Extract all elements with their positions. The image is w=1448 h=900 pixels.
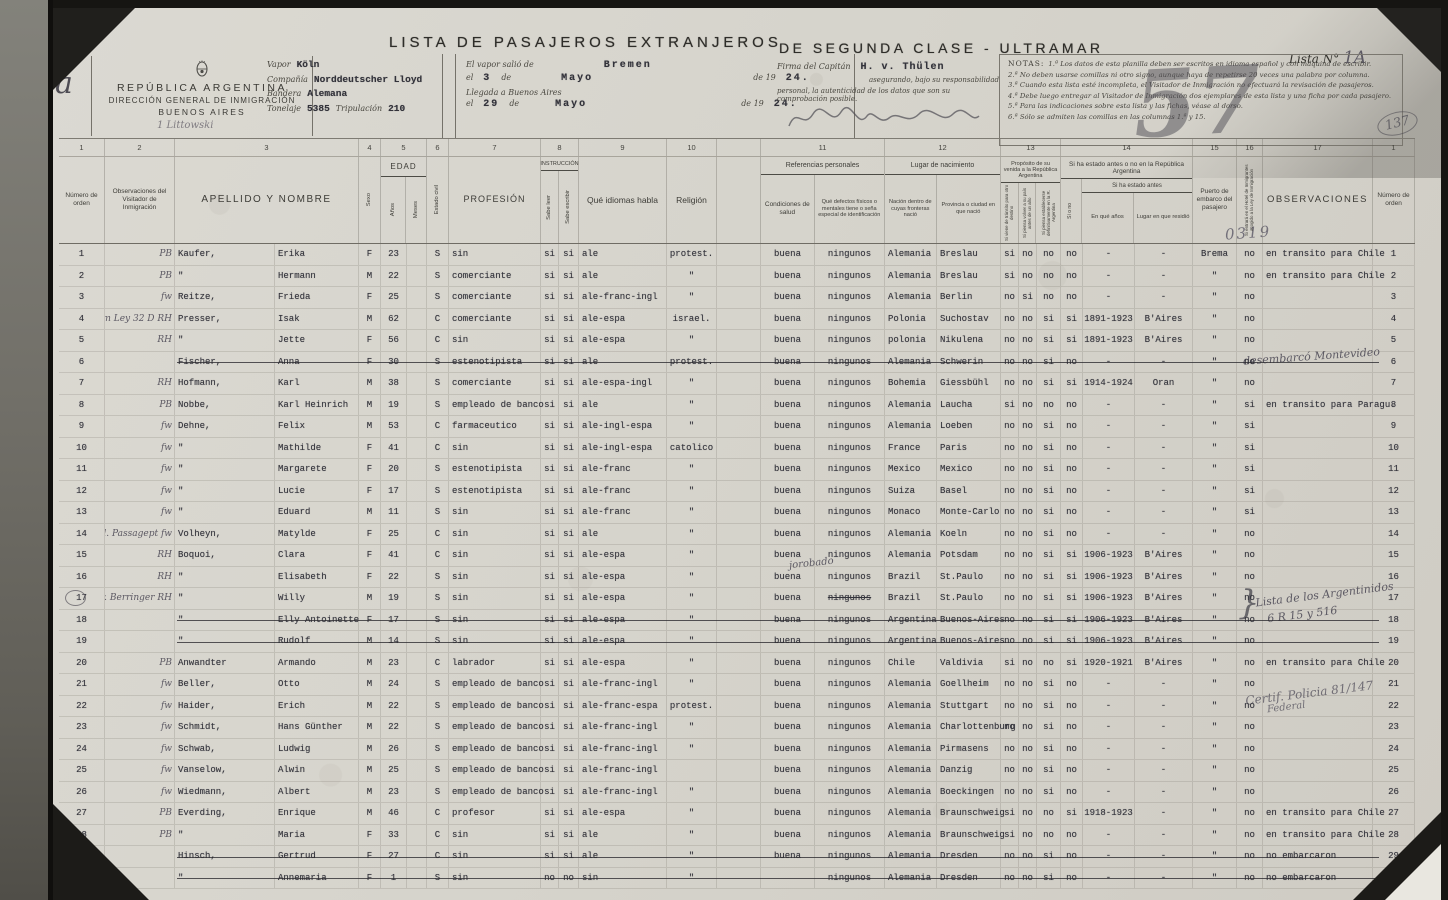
cell-p2: no (1019, 244, 1037, 265)
cell-rel: " (667, 502, 717, 523)
cell-p1: no (1001, 610, 1019, 631)
cell-ea: si (1061, 373, 1083, 394)
cell-hot: no (1237, 803, 1263, 824)
header-referencias-group: Referencias personales Condiciones de sa… (761, 157, 885, 243)
cell-prov: Berlin (937, 287, 1001, 308)
cell-ec: S (427, 717, 449, 738)
cell-pto: " (1193, 330, 1237, 351)
cell-me (407, 502, 427, 523)
cell-idi: ale-franc-ingl (579, 760, 667, 781)
cell-es: si (559, 782, 579, 803)
header-religion: Religión (667, 157, 717, 243)
cell-nom: Frieda (275, 287, 359, 308)
cell-pto: " (1193, 545, 1237, 566)
cell-def: ningunos (815, 782, 885, 803)
cell-eay: 1914-1924 (1083, 373, 1135, 394)
cell-prov: Stuttgart (937, 696, 1001, 717)
cell-le: si (541, 502, 559, 523)
cell-pto: " (1193, 502, 1237, 523)
notes-label: NOTAS: (1008, 59, 1044, 68)
cell-ap: " (175, 266, 275, 287)
cell-eay: 1918-1923 (1083, 803, 1135, 824)
header-estado-civil-text: Estado civil (434, 185, 441, 214)
cell-me (407, 782, 427, 803)
cell-idi: ale (579, 266, 667, 287)
cell-p3: si (1037, 438, 1061, 459)
cell-eal: - (1135, 674, 1193, 695)
cell-p3: si (1037, 674, 1061, 695)
cell-p2: no (1019, 309, 1037, 330)
cell-p3: si (1037, 717, 1061, 738)
captain-box: Firma del CapitánH. v. Thülen asegurando… (769, 56, 1007, 138)
cell-n: 9 (59, 416, 105, 437)
cell-ea: no (1061, 416, 1083, 437)
cell-an: 30 (381, 352, 407, 373)
cell-le: si (541, 653, 559, 674)
cell-ap: Hofmann, (175, 373, 275, 394)
cell-nom: Erika (275, 244, 359, 265)
header-sabe-leer: Sabe leer (541, 171, 559, 243)
cell-prov: Buenos-Aires (937, 631, 1001, 652)
cell-sx: M (359, 803, 381, 824)
cell-eay: - (1083, 266, 1135, 287)
cell-pto: " (1193, 825, 1237, 846)
cell-ea: si (1061, 545, 1083, 566)
cell-eal: B'Aires (1135, 610, 1193, 631)
cell-rel: protest. (667, 244, 717, 265)
cell-prov: Danzig (937, 760, 1001, 781)
cell-ec: S (427, 567, 449, 588)
cell-ea: no (1061, 502, 1083, 523)
header-provincia: Provincia o ciudad en que nació (937, 175, 1000, 243)
column-number: 5 (381, 139, 427, 156)
table-row: 19"RudolfM14Ssinsisiale-espa"buenaningun… (59, 631, 1415, 653)
cell-hot: no (1237, 330, 1263, 351)
cell-nom: Matylde (275, 524, 359, 545)
cell-le: si (541, 309, 559, 330)
cell-nom: Albert (275, 782, 359, 803)
cell-me (407, 567, 427, 588)
cell-idi: ale (579, 846, 667, 867)
cell-eal: B'Aires (1135, 588, 1193, 609)
cell-rel (667, 760, 717, 781)
cell-p1: no (1001, 760, 1019, 781)
cell-pto: " (1193, 868, 1237, 889)
tripulacion-label: Tripulación (336, 104, 382, 113)
cell-sal: buena (761, 373, 815, 394)
cell-sal: buena (761, 309, 815, 330)
cell-rel: " (667, 717, 717, 738)
cell-an: 23 (381, 653, 407, 674)
passenger-table: 12345678910111213141516171 Número de ord… (59, 138, 1415, 889)
captain-signature (783, 100, 983, 134)
cell-eal: B'Aires (1135, 309, 1193, 330)
cell-le: si (541, 610, 559, 631)
table-row: 10fw"MathildeF41Csinsisiale-ingl-espacat… (59, 438, 1415, 460)
header-idiomas: Qué idiomas habla (579, 157, 667, 243)
cell-rel: " (667, 524, 717, 545)
cell-es: si (559, 244, 579, 265)
cell-me (407, 696, 427, 717)
cell-obs: fw (105, 782, 175, 803)
cell-sx: M (359, 631, 381, 652)
cell-ec: S (427, 868, 449, 889)
cell-an: 23 (381, 782, 407, 803)
cell-sal: buena (761, 352, 815, 373)
cell-ob2 (1263, 696, 1373, 717)
cell-me (407, 244, 427, 265)
cell-p1: no (1001, 588, 1019, 609)
cell-nac: Mexico (885, 459, 937, 480)
cell-sal: buena (761, 803, 815, 824)
cell-es: si (559, 352, 579, 373)
cell-ap: " (175, 588, 275, 609)
header-si-ha-estado-group: Si ha estado antes En qué años Lugar en … (1082, 179, 1192, 243)
cell-n: 27 (59, 803, 105, 824)
cell-obs: PB (105, 395, 175, 416)
cell-sal: buena (761, 760, 815, 781)
cell-idi: ale (579, 244, 667, 265)
cell-hot: no (1237, 631, 1263, 652)
cell-n2: 8 (1373, 395, 1415, 416)
nota-item: 3.ª Cuando esta lista esté incompleta, e… (1008, 80, 1394, 91)
cell-ob2: no embarcaron (1263, 868, 1373, 889)
cell-ob2: en transito para Chile (1263, 803, 1373, 824)
table-row: 12fw"LucieF17Sestenotipistasisiale-franc… (59, 481, 1415, 503)
cell-obs: PB (105, 825, 175, 846)
cell-p2: no (1019, 631, 1037, 652)
compania-label: Compañía (267, 75, 308, 84)
cell-prov: Goellheim (937, 674, 1001, 695)
cell-p3: no (1037, 803, 1061, 824)
cell-gap (717, 481, 761, 502)
cell-n: 10 (59, 438, 105, 459)
cell-idi: ale-espa (579, 588, 667, 609)
cell-nac: Alemania (885, 803, 937, 824)
cell-idi: ale-franc (579, 502, 667, 523)
cell-eay: - (1083, 760, 1135, 781)
cell-eay: 1891-1923 (1083, 309, 1135, 330)
cell-es: no (559, 868, 579, 889)
cell-nac: Alemania (885, 244, 937, 265)
header-proposito-1-text: Si viene de tránsito para otro destino (1004, 184, 1014, 242)
cell-obs: fw (105, 502, 175, 523)
cell-gap (717, 825, 761, 846)
header-hotel-text: Si entrará en el Hotel de Inmigrantes ac… (1244, 160, 1254, 240)
cell-es: si (559, 631, 579, 652)
cell-gap (717, 373, 761, 394)
cell-p2: no (1019, 653, 1037, 674)
cell-le: si (541, 438, 559, 459)
cell-p3: si (1037, 696, 1061, 717)
cell-p1: no (1001, 481, 1019, 502)
cell-nac: Suiza (885, 481, 937, 502)
arrival-label: Llegada a Buenos Aires (466, 88, 562, 97)
cell-ec: S (427, 782, 449, 803)
cell-nom: Hans Günther (275, 717, 359, 738)
cell-me (407, 373, 427, 394)
cell-ob2 (1263, 567, 1373, 588)
cell-def: ningunos (815, 481, 885, 502)
column-numbers-row: 12345678910111213141516171 (59, 139, 1415, 157)
cell-prof: sin (449, 330, 541, 351)
cell-le: si (541, 459, 559, 480)
cell-an: 41 (381, 545, 407, 566)
nota-item: 5.ª Para las indicaciones sobre esta lis… (1008, 101, 1394, 112)
cell-idi: ale-espa (579, 330, 667, 351)
cell-ec: S (427, 760, 449, 781)
cell-nac: Chile (885, 653, 937, 674)
cell-ea: si (1061, 610, 1083, 631)
cell-an: 23 (381, 244, 407, 265)
cell-le: si (541, 760, 559, 781)
cell-ec: C (427, 825, 449, 846)
cell-rel: " (667, 739, 717, 760)
cell-def: ningunos (815, 631, 885, 652)
cell-ea: si (1061, 567, 1083, 588)
cell-p3: si (1037, 330, 1061, 351)
column-number: 17 (1263, 139, 1373, 156)
cell-eay: 1906-1923 (1083, 610, 1135, 631)
departure-label: El vapor salió de (466, 60, 534, 69)
cell-p2: no (1019, 459, 1037, 480)
cell-prof: comerciante (449, 287, 541, 308)
cell-ea: si (1061, 588, 1083, 609)
cell-rel: " (667, 825, 717, 846)
cell-ap: Nobbe, (175, 395, 275, 416)
cell-eay: - (1083, 416, 1135, 437)
cell-an: 11 (381, 502, 407, 523)
cell-me (407, 309, 427, 330)
cell-sal: buena (761, 287, 815, 308)
cell-hot: no (1237, 696, 1263, 717)
cell-hot: no (1237, 846, 1263, 867)
cell-es: si (559, 588, 579, 609)
cell-p1: no (1001, 524, 1019, 545)
cell-ec: S (427, 395, 449, 416)
cell-prov: Valdivia (937, 653, 1001, 674)
cell-p3: si (1037, 373, 1061, 394)
cell-sal: buena (761, 524, 815, 545)
cell-rel: israel. (667, 309, 717, 330)
cell-an: 22 (381, 717, 407, 738)
cell-rel: " (667, 545, 717, 566)
cell-pto: " (1193, 717, 1237, 738)
cell-ob2: no embarcaron (1263, 846, 1373, 867)
cell-me (407, 846, 427, 867)
cell-ec: S (427, 481, 449, 502)
cell-gap (717, 631, 761, 652)
cell-ob2 (1263, 631, 1373, 652)
cell-ea: no (1061, 395, 1083, 416)
cell-le: si (541, 803, 559, 824)
header-proposito-3-text: Si piensa establecerse definitivamente e… (1041, 184, 1056, 242)
notes-box: NOTAS: 1.ª Los datos de esta planilla de… (999, 54, 1403, 146)
cell-pto: " (1193, 739, 1237, 760)
cell-eal: - (1135, 481, 1193, 502)
cell-p1: si (1001, 825, 1019, 846)
cell-ob2 (1263, 502, 1373, 523)
cell-prov: Charlottenburg (937, 717, 1001, 738)
cell-an: 53 (381, 416, 407, 437)
cell-def: ningunos (815, 244, 885, 265)
cell-eay: - (1083, 352, 1135, 373)
cell-an: 22 (381, 696, 407, 717)
cell-obs: fw (105, 438, 175, 459)
cell-le: si (541, 717, 559, 738)
cell-sal: buena (761, 825, 815, 846)
cell-hot: no (1237, 545, 1263, 566)
cell-ap: " (175, 567, 275, 588)
cell-prof: empleado de banco (449, 760, 541, 781)
ship-info-box: VaporKöln CompañíaNorddeutscher Lloyd Ba… (261, 54, 443, 138)
cell-nac: Alemania (885, 524, 937, 545)
cell-prov: Boeckingen (937, 782, 1001, 803)
table-row: 9fwDehne,FelixM53Cfarmaceuticosisiale-in… (59, 416, 1415, 438)
cell-ap: Haider, (175, 696, 275, 717)
header-si-ha-estado: Si ha estado antes (1082, 179, 1192, 193)
cell-prov: Koeln (937, 524, 1001, 545)
header-lugar-nacimiento: Lugar de nacimiento (885, 157, 1000, 175)
header-sabe-escribir: Sabe escribir (559, 171, 578, 243)
header-si-o-no-text: Sí o no (1068, 203, 1074, 219)
cell-idi: ale-espa (579, 545, 667, 566)
cell-obs: RH (105, 373, 175, 394)
cell-ap: Schwab, (175, 739, 275, 760)
table-row: 23fwSchmidt,Hans GüntherM22Sempleado de … (59, 717, 1415, 739)
cell-def: ningunos (815, 438, 885, 459)
cell-rel: " (667, 803, 717, 824)
cell-es: si (559, 760, 579, 781)
arrival-day: 29 (483, 99, 499, 110)
column-number: 14 (1061, 139, 1193, 156)
header-sexo: Sexo (359, 157, 381, 243)
cell-nom: Eduard (275, 502, 359, 523)
cell-pto: " (1193, 416, 1237, 437)
cell-ea: si (1061, 309, 1083, 330)
cell-es: si (559, 524, 579, 545)
cell-ec: S (427, 459, 449, 480)
cell-prov: Potsdam (937, 545, 1001, 566)
table-row: 18"Elly AntoinetteF17Ssinsisiale-espa"bu… (59, 610, 1415, 632)
table-row: 7RHHofmann,KarlM38Scomerciantesisiale-es… (59, 373, 1415, 395)
header-spacer (717, 157, 761, 243)
cell-idi: sin (579, 868, 667, 889)
column-number: 2 (105, 139, 175, 156)
cell-nac: Alemania (885, 825, 937, 846)
cell-obs: Am Ley 32 D RH (105, 309, 175, 330)
cell-def: ningunos (815, 610, 885, 631)
cell-hot: no (1237, 266, 1263, 287)
cell-an: 26 (381, 739, 407, 760)
arrival-month: Mayo (555, 99, 587, 110)
cell-prof: profesor (449, 803, 541, 824)
cell-eay: 1906-1923 (1083, 567, 1135, 588)
cell-ea: no (1061, 438, 1083, 459)
cell-ap: Hinsch, (175, 846, 275, 867)
cell-rel: " (667, 588, 717, 609)
cell-def: ningunos (815, 373, 885, 394)
cell-def: ningunos (815, 739, 885, 760)
cell-p2: no (1019, 266, 1037, 287)
column-number: 9 (579, 139, 667, 156)
cell-prof: comerciante (449, 266, 541, 287)
cell-prof: sin (449, 438, 541, 459)
cell-obs: fw (105, 717, 175, 738)
cell-le: si (541, 782, 559, 803)
cell-ob2: en transito para Chile (1263, 266, 1373, 287)
cell-p3: si (1037, 502, 1061, 523)
header-meses-text: Meses (413, 201, 420, 218)
cell-ec: C (427, 846, 449, 867)
cell-n2: 14 (1373, 524, 1415, 545)
cell-nac: Alemania (885, 545, 937, 566)
cell-nom: Hermann (275, 266, 359, 287)
header-puerto: Puerto de embarco del pasajero (1193, 157, 1237, 243)
cell-nom: Clara (275, 545, 359, 566)
cell-def: ningunos (815, 846, 885, 867)
cell-n2: 25 (1373, 760, 1415, 781)
cell-es: si (559, 395, 579, 416)
cell-le: si (541, 739, 559, 760)
cell-nom: Willy (275, 588, 359, 609)
cell-gap (717, 330, 761, 351)
cell-obs: PB (105, 653, 175, 674)
cell-obs: Expl. Passagept fw (105, 524, 175, 545)
cell-nac: Alemania (885, 739, 937, 760)
cell-n2: 1 (1373, 244, 1415, 265)
cell-me (407, 266, 427, 287)
cell-es: si (559, 739, 579, 760)
cell-ea: no (1061, 287, 1083, 308)
cell-prof: farmaceutico (449, 416, 541, 437)
cell-eal: - (1135, 696, 1193, 717)
cell-idi: ale-espa (579, 803, 667, 824)
cell-rel: " (667, 266, 717, 287)
column-number: 6 (427, 139, 449, 156)
scanned-passenger-list-page: LISTA DE PASAJEROS EXTRANJEROS DE SEGUND… (0, 0, 1448, 900)
cell-prov: St.Paulo (937, 567, 1001, 588)
cell-sx: F (359, 481, 381, 502)
cell-n2: 27 (1373, 803, 1415, 824)
cell-obs: RH (105, 330, 175, 351)
cell-n2: 12 (1373, 481, 1415, 502)
cell-gap (717, 588, 761, 609)
cell-obs: fw (105, 459, 175, 480)
cell-prof: sin (449, 588, 541, 609)
cell-p2: no (1019, 524, 1037, 545)
cell-ea: no (1061, 696, 1083, 717)
header-estado-antes: Si ha estado antes o no en la República … (1061, 157, 1192, 179)
cell-ea: no (1061, 846, 1083, 867)
cell-prof: empleado de banco (449, 739, 541, 760)
cell-es: si (559, 373, 579, 394)
cell-nom: Margarete (275, 459, 359, 480)
cell-nac: Alemania (885, 266, 937, 287)
cell-ap: " (175, 610, 275, 631)
cell-nom: Elisabeth (275, 567, 359, 588)
cell-p3: si (1037, 567, 1061, 588)
cell-ob2: en transito para Paragu. (1263, 395, 1373, 416)
cell-ea: no (1061, 717, 1083, 738)
cell-n: 2 (59, 266, 105, 287)
cell-ob2 (1263, 373, 1373, 394)
cell-es: si (559, 266, 579, 287)
cell-sx: F (359, 438, 381, 459)
cell-n2: 23 (1373, 717, 1415, 738)
cell-sal: buena (761, 567, 815, 588)
cell-le: si (541, 330, 559, 351)
